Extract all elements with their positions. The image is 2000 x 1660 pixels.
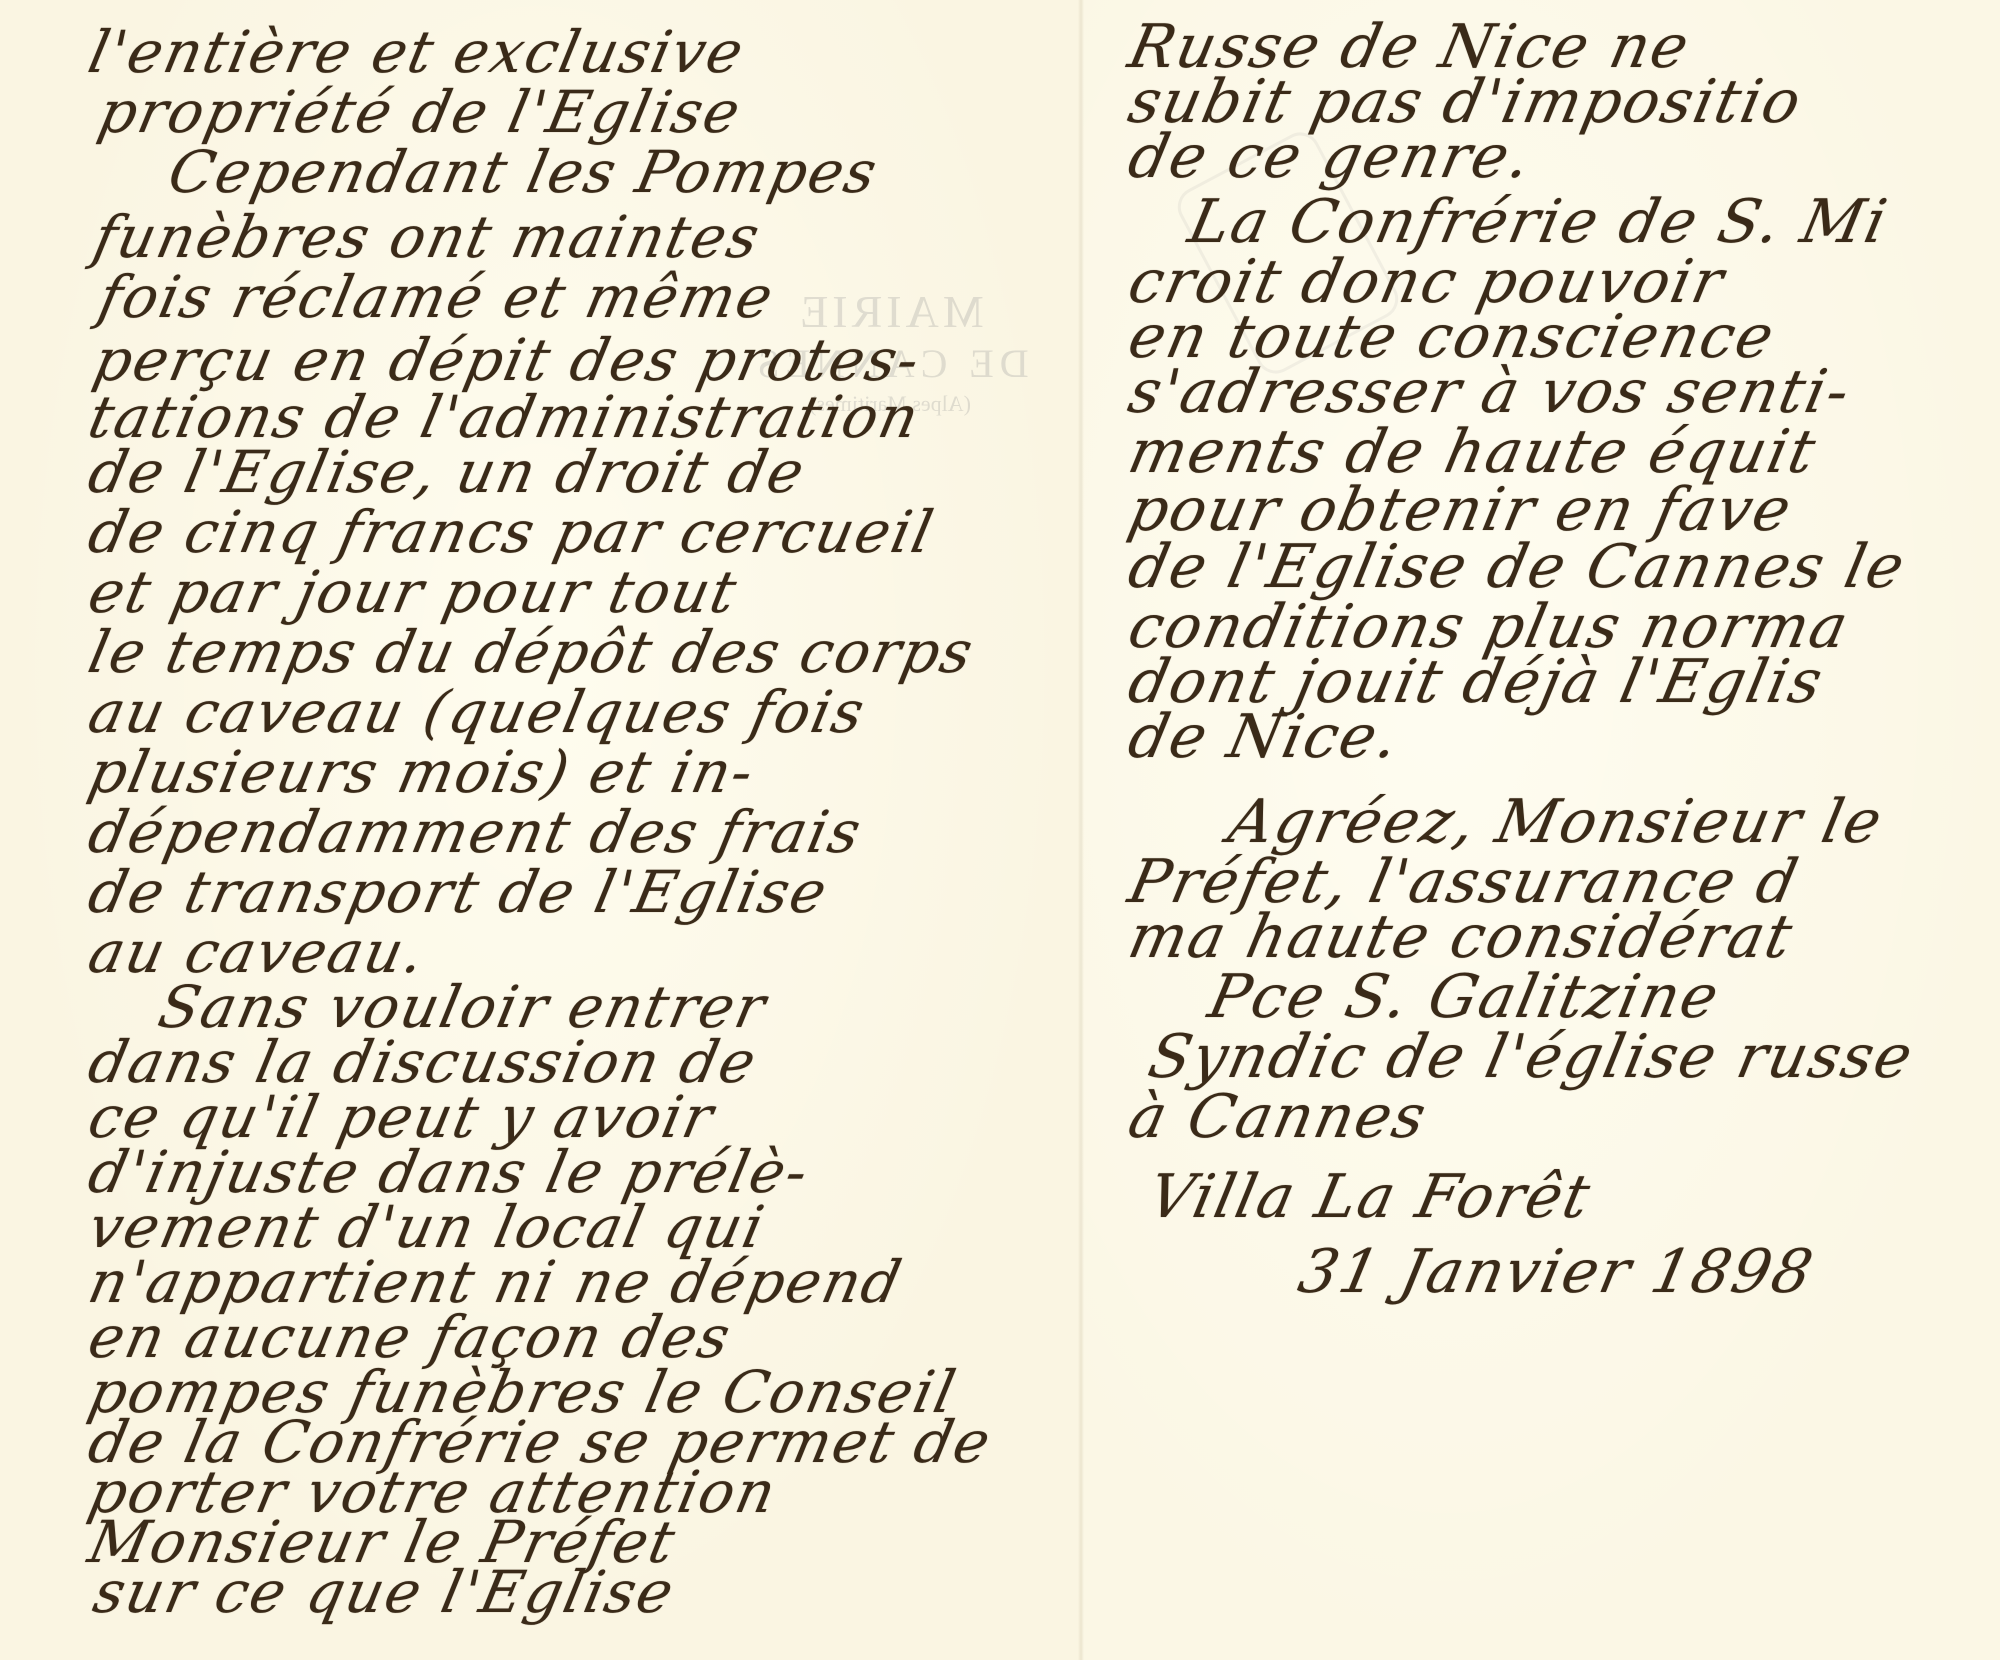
signature: Pce S. Galitzine [1203, 965, 1725, 1029]
signatory-title: Syndic de l'église russe [1143, 1025, 1919, 1089]
left-line-9: de cinq francs par cercueil [83, 500, 940, 564]
left-line-3: Cependant les Pompes [163, 140, 884, 204]
right-line-10: de l'Eglise de Cannes le [1123, 535, 1911, 599]
left-line-1: l'entière et exclusive [83, 20, 750, 84]
right-line-3: de ce genre. [1123, 125, 1538, 189]
sender-address: Villa La Forêt [1143, 1165, 1597, 1229]
letter-date: 31 Janvier 1898 [1293, 1240, 1820, 1304]
right-line-4: La Confrérie de S. Mi [1183, 190, 1894, 254]
left-line-2: propriété de l'Eglise [93, 80, 747, 144]
left-line-4: funèbres ont maintes [88, 205, 766, 269]
right-line-7: s'adresser à vos senti- [1123, 360, 1856, 424]
right-line-14: Agréez, Monsieur le [1223, 790, 1889, 854]
left-line-13: plusieurs mois) et in- [83, 740, 760, 804]
left-line-15: de transport de l'Eglise [83, 860, 834, 924]
page-fold [1078, 0, 1084, 1660]
left-line-5: fois réclamé et même [93, 265, 780, 329]
left-line-14: dépendamment des frais [83, 800, 868, 864]
signatory-location: à Cannes [1123, 1085, 1433, 1149]
right-line-13: de Nice. [1123, 705, 1405, 769]
left-line-11: le temps du dépôt des corps [83, 620, 980, 684]
left-line-8: de l'Eglise, un droit de [83, 440, 811, 504]
left-line-28: sur ce que l'Eglise [88, 1560, 681, 1624]
left-line-10: et par jour pour tout [83, 560, 743, 624]
left-line-12: au caveau (quelques fois [83, 680, 871, 744]
right-line-16: ma haute considérat [1123, 905, 1799, 969]
